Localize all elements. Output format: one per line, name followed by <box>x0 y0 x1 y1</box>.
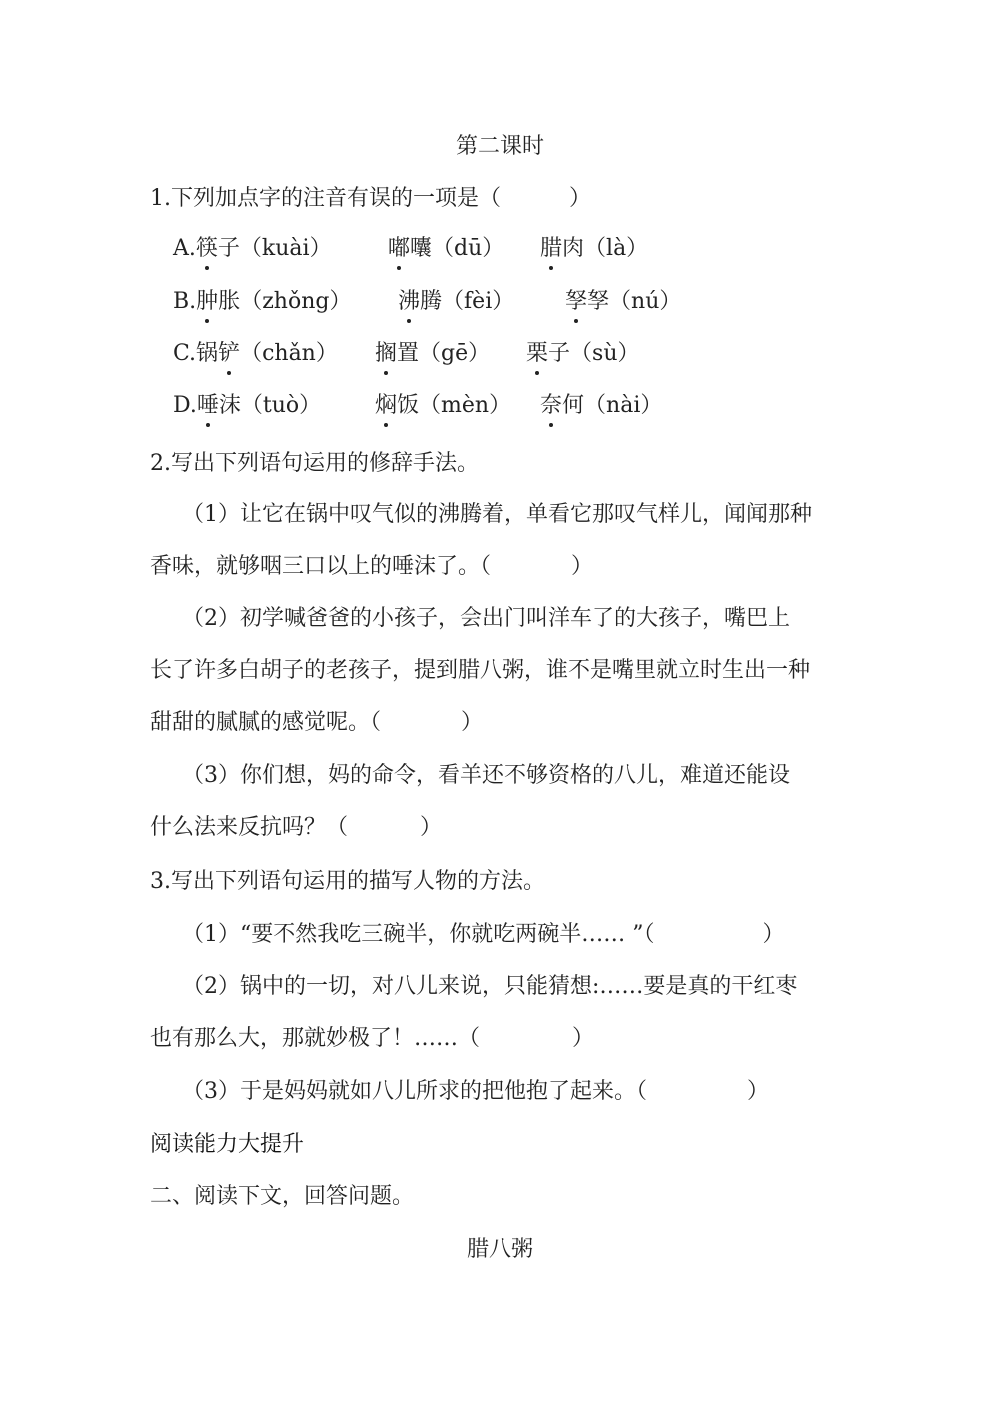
pinyin: （nài） <box>584 393 662 418</box>
word-rest: 饭 <box>397 393 419 418</box>
q2-s3-line1: （3）你们想，妈的命令，看羊还不够资格的八儿，难道还能设 <box>182 761 790 791</box>
q3-s3-text: （3）于是妈妈就如八儿所求的把他抱了起来。（ <box>182 1079 647 1104</box>
dotted-char: 唾 <box>197 391 219 421</box>
option-label: A. <box>173 236 196 261</box>
word-rest: 子 <box>218 236 240 261</box>
word-rest: 子 <box>548 341 570 366</box>
option-label: C. <box>173 341 196 366</box>
q3-s3: （3）于是妈妈就如八儿所求的把他抱了起来。（） <box>182 1077 769 1107</box>
q3-s1: （1）“要不然我吃三碗半，你就吃两碗半…… ”（） <box>182 920 785 950</box>
q1-option-b-item-2: 沸腾（fèi） <box>398 287 514 317</box>
option-label: D. <box>173 393 197 418</box>
q3-s2-text: 也有那么大，那就妙极了！……（ <box>150 1026 480 1051</box>
q2-s3-text: 什么法来反抗吗？（ <box>150 815 348 840</box>
pinyin: （sù） <box>570 341 639 366</box>
q1-stem-text: 1.下列加点字的注音有误的一项是（ <box>150 186 501 211</box>
dotted-char: 腊 <box>540 234 562 264</box>
q1-option-c-item-3: 栗子（sù） <box>526 339 640 369</box>
q3-stem: 3.写出下列语句运用的描写人物的方法。 <box>150 867 545 897</box>
word-rest: 沫 <box>219 393 241 418</box>
dotted-char: 孥 <box>565 287 587 317</box>
dotted-char: 栗 <box>526 339 548 369</box>
q1-option-a[interactable]: A.筷子（kuài） <box>173 234 332 264</box>
dotted-char: 铲 <box>218 339 240 369</box>
q2-s1-text: 香味，就够咽三口以上的唾沫了。（ <box>150 554 491 579</box>
close-paren: ） <box>572 1026 594 1051</box>
close-paren: ） <box>461 710 483 735</box>
pinyin: （chǎn） <box>240 341 338 366</box>
dotted-char: 肿 <box>196 287 218 317</box>
pinyin: （nú） <box>609 289 681 314</box>
q1-option-a-item-3: 腊肉（là） <box>540 234 648 264</box>
word-rest: 胀 <box>218 289 240 314</box>
close-paren: ） <box>420 815 442 840</box>
q1-option-d[interactable]: D.唾沫（tuò） <box>173 391 321 421</box>
q1-option-d-item-3: 奈何（nài） <box>540 391 662 421</box>
q2-s2-line2: 长了许多白胡子的老孩子，提到腊八粥，谁不是嘴里就立时生出一种 <box>150 656 810 686</box>
q1-option-c-item-2: 搁置（gē） <box>375 339 490 369</box>
option-label: B. <box>173 289 196 314</box>
pinyin: （là） <box>584 236 648 261</box>
q1-close-paren: ） <box>569 186 591 211</box>
pinyin: （zhǒng） <box>240 289 351 314</box>
close-paren: ） <box>571 554 593 579</box>
dotted-char: 嘟 <box>388 234 410 264</box>
q1-option-a-item-2: 嘟囔（dū） <box>388 234 504 264</box>
q1-option-b-item-3: 孥孥（nú） <box>565 287 681 317</box>
part2-instruction: 二、阅读下文，回答问题。 <box>150 1182 414 1212</box>
pinyin: （dū） <box>432 236 504 261</box>
passage-title: 腊八粥 <box>0 1235 1000 1265</box>
pinyin: （gē） <box>419 341 490 366</box>
word-rest: 何 <box>562 393 584 418</box>
dotted-char: 焖 <box>375 391 397 421</box>
pinyin: （kuài） <box>240 236 332 261</box>
section-heading: 阅读能力大提升 <box>150 1130 304 1160</box>
lesson-title: 第二课时 <box>0 132 1000 162</box>
q3-s2-line1: （2）锅中的一切，对八儿来说，只能猜想:……要是真的干红枣 <box>182 972 797 1002</box>
q2-s2-line1: （2）初学喊爸爸的小孩子，会出门叫洋车了的大孩子，嘴巴上 <box>182 604 790 634</box>
q1-stem: 1.下列加点字的注音有误的一项是（） <box>150 184 591 214</box>
dotted-char: 搁 <box>375 339 397 369</box>
close-paren: ） <box>763 922 785 947</box>
q3-s2-line2: 也有那么大，那就妙极了！……（） <box>150 1024 594 1054</box>
q2-s2-line3: 甜甜的腻腻的感觉呢。（） <box>150 708 483 738</box>
word-rest: 腾 <box>420 289 442 314</box>
dotted-char: 奈 <box>540 391 562 421</box>
word-pre: 锅 <box>196 341 218 366</box>
q2-s3-line2: 什么法来反抗吗？（） <box>150 813 442 843</box>
close-paren: ） <box>747 1079 769 1104</box>
word-rest: 囔 <box>410 236 432 261</box>
dotted-char: 沸 <box>398 287 420 317</box>
word-rest: 肉 <box>562 236 584 261</box>
q3-s1-text: （1）“要不然我吃三碗半，你就吃两碗半…… ”（ <box>182 922 655 947</box>
word-rest: 置 <box>397 341 419 366</box>
q1-option-d-item-2: 焖饭（mèn） <box>375 391 511 421</box>
pinyin: （mèn） <box>419 393 511 418</box>
pinyin: （fèi） <box>442 289 514 314</box>
q1-option-c[interactable]: C.锅铲（chǎn） <box>173 339 338 369</box>
q2-s1-line2: 香味，就够咽三口以上的唾沫了。（） <box>150 552 593 582</box>
pinyin: （tuò） <box>241 393 321 418</box>
word-rest: 孥 <box>587 289 609 314</box>
q2-stem: 2.写出下列语句运用的修辞手法。 <box>150 449 479 479</box>
q2-s2-text: 甜甜的腻腻的感觉呢。（ <box>150 710 381 735</box>
q1-option-b[interactable]: B.肿胀（zhǒng） <box>173 287 351 317</box>
q2-s1-line1: （1）让它在锅中叹气似的沸腾着，单看它那叹气样儿，闻闻那种 <box>182 500 812 530</box>
dotted-char: 筷 <box>196 234 218 264</box>
